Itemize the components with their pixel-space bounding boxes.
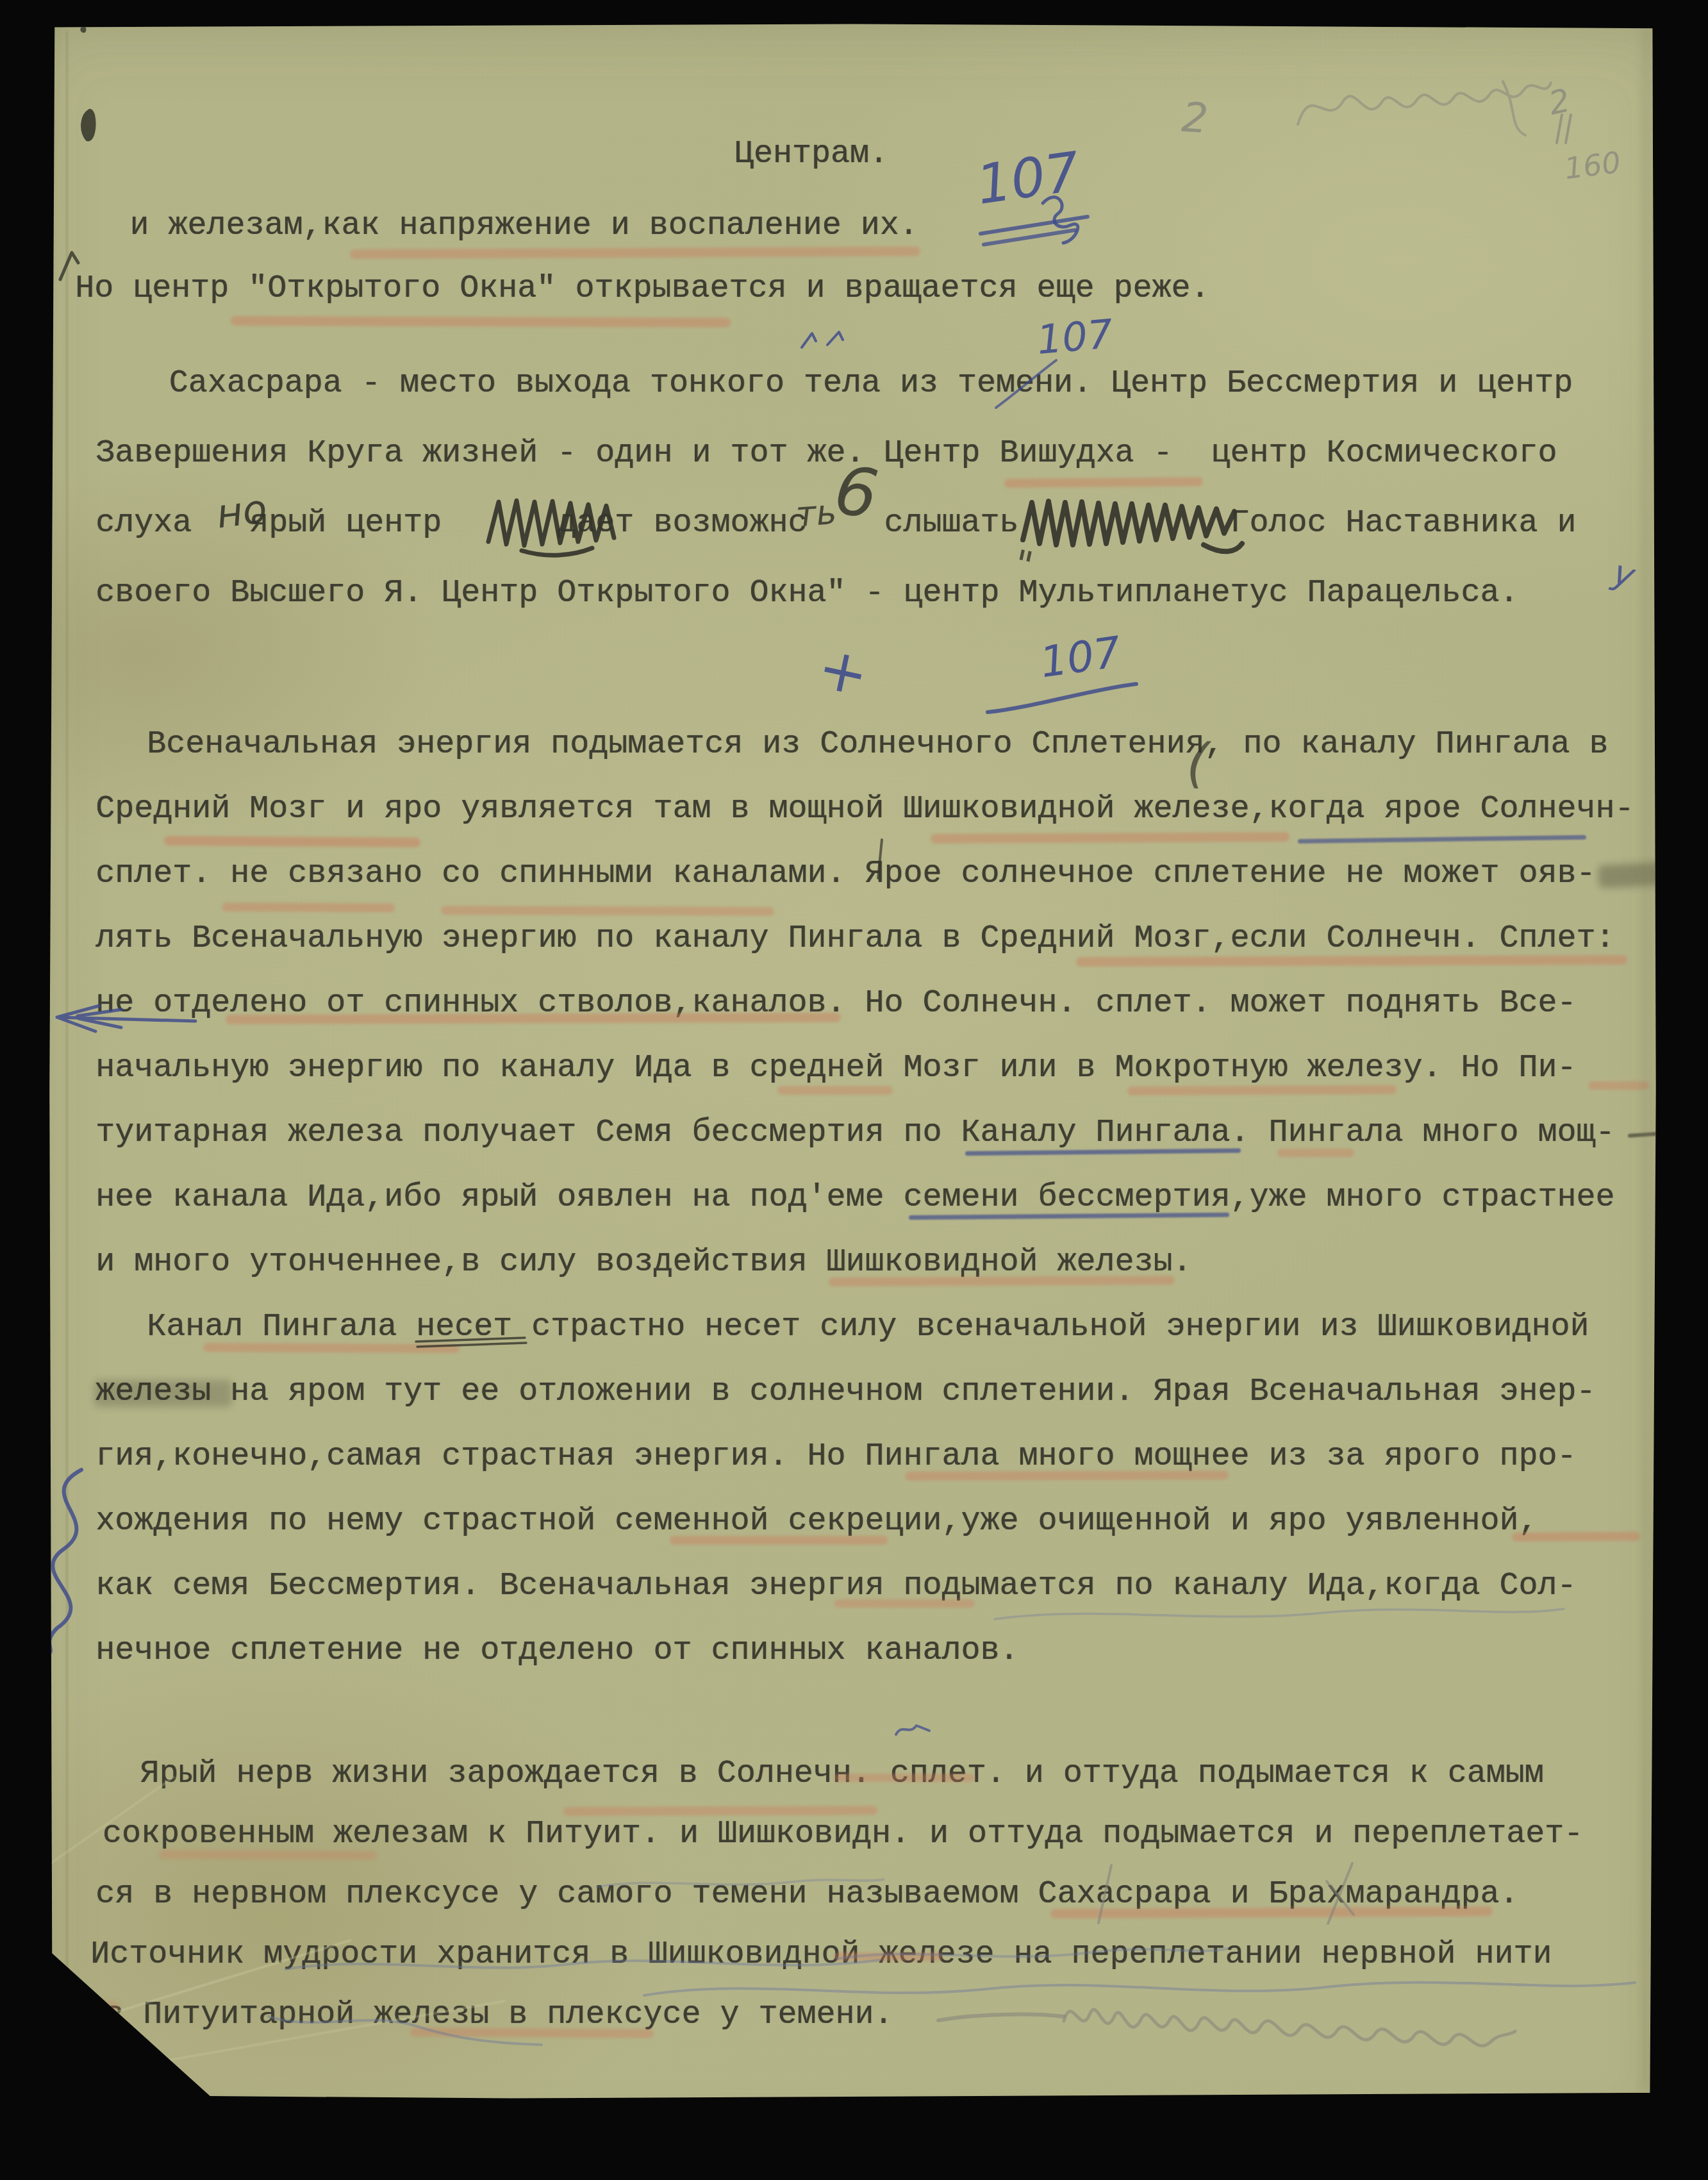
title-line: Центрам. xyxy=(734,137,888,172)
p3-l13: хождения по нему страстной семенной секр… xyxy=(95,1504,1538,1539)
line-open-window: Но центр "Открытого Окна" открывается и … xyxy=(75,271,1209,306)
p3-l11: железы на яром тут ее отложении в солнеч… xyxy=(95,1374,1595,1410)
blue-arrow-margin xyxy=(49,999,200,1040)
blue-flourish-margin xyxy=(17,1465,117,1657)
blue-ticks-p2 xyxy=(799,328,879,355)
blue-107-tail xyxy=(991,356,1061,411)
blue-note-107-p3: 107 xyxy=(1038,631,1123,685)
p3-l12: гия,конечно,самая страстная энергия. Но … xyxy=(95,1439,1576,1474)
blue-tick-solnechn xyxy=(893,1719,934,1740)
p4-l2: сокровенным железам к Питуит. и Шишковид… xyxy=(103,1817,1583,1852)
pencil-script-sahasrara xyxy=(1059,1975,1520,2061)
red-frag-p4l1 xyxy=(834,1774,975,1782)
hand-paren: ( xyxy=(1185,735,1210,790)
ink-blob-topleft xyxy=(75,107,102,144)
hand-correction-no: но xyxy=(215,488,269,534)
pencil-note-160: 160 xyxy=(1563,147,1623,183)
blue-sr-flourish xyxy=(1035,184,1096,245)
red-underline-esli-solnechn xyxy=(1076,955,1627,967)
p2-l4: своего Высшего Я. Центр Открытого Окна" … xyxy=(95,576,1518,611)
red-underline-svyazano xyxy=(441,906,774,916)
p3-l2: Средний Мозг и яро уявляется там в мощно… xyxy=(95,792,1634,827)
hand-u-tick: у xyxy=(1610,555,1639,594)
pencil-dash-bottom xyxy=(936,2009,1067,2026)
smudge-zhelezy xyxy=(94,1380,232,1407)
red-frag-p4l2 xyxy=(159,1850,377,1860)
red-underline-sredny-mozg xyxy=(164,836,420,847)
blue-underline-kogda-yaroe xyxy=(1298,835,1586,844)
ink-scribble-2 xyxy=(1018,494,1245,561)
blue-wave-bottom-left xyxy=(265,2004,547,2049)
red-underline-zhelezy-l9 xyxy=(828,1276,1174,1286)
p3-l7: туитарная железа получает Семя бессмерти… xyxy=(95,1115,1614,1151)
pencil-note-2-left: 2 xyxy=(1181,97,1209,140)
red-underline-ne-otdeleno xyxy=(226,1013,841,1024)
red-underline-cosmic xyxy=(1004,477,1203,488)
pencil-roman-ii xyxy=(1554,112,1576,146)
red-frag-l13b xyxy=(1511,1531,1639,1541)
p3-l15: нечное сплетение не отделено от спинных … xyxy=(95,1633,1018,1668)
gray-wave-p4l3 xyxy=(593,1870,888,1893)
red-frag-l13a xyxy=(670,1536,888,1545)
p3-l6: начальную энергию по каналу Ида в средне… xyxy=(95,1051,1576,1086)
pencil-scribble-top xyxy=(1291,63,1554,137)
red-frag-l14 xyxy=(834,1599,975,1608)
red-frag-l7 xyxy=(1277,1149,1354,1157)
red-underline-shishkovidnoy xyxy=(931,832,1289,844)
pencil-x-brahmarandra xyxy=(1320,1861,1357,1928)
blue-wave-p4l4-right xyxy=(834,1937,1231,1968)
red-frag-l6a xyxy=(777,1086,893,1095)
paper-fold-line xyxy=(66,31,68,2088)
pencil-slash-sahasrara xyxy=(1093,1863,1115,1927)
blue-107-underline-p3 xyxy=(984,680,1141,715)
ink-scribble-1 xyxy=(483,492,634,559)
document-page: Центрам.и железам,как напряжение и воспа… xyxy=(0,0,1708,2180)
p3-l9: и много утонченнее,в силу воздействия Ши… xyxy=(95,1245,1191,1280)
p3-l8: нее канала Ида,ибо ярый оявлен на под'ем… xyxy=(95,1180,1614,1215)
scan-background: Центрам.и железам,как напряжение и воспа… xyxy=(0,0,1708,2180)
ink-strike-neset xyxy=(413,1334,529,1352)
blue-note-plus: + xyxy=(813,638,874,706)
red-frag-l6b xyxy=(1127,1085,1397,1095)
line-glands: и железам,как напряжение и воспаление их… xyxy=(130,208,918,244)
p2-l1: Сахасрара - место выхода тонкого тела из… xyxy=(169,366,1573,401)
smudge-oyav xyxy=(1598,861,1676,888)
ink-dot-topleft xyxy=(79,25,88,34)
red-underline-p4l1 xyxy=(563,1806,877,1817)
p3-l1: Всеначальная энергия подымается из Солне… xyxy=(147,727,1608,762)
red-underline-splet xyxy=(222,903,395,912)
blue-note-107-p2: 107 xyxy=(1035,314,1114,360)
ink-checkmark-margin xyxy=(56,247,83,283)
red-underline-l12 xyxy=(905,1470,1229,1481)
p3-l4: лять Всеначальную энергию по каналу Пинг… xyxy=(95,921,1614,956)
red-underline-inflammation xyxy=(350,247,920,260)
red-underline-sahasrara xyxy=(1050,1906,1493,1918)
p3-l10: Канал Пингала несет страстно несет силу … xyxy=(147,1310,1589,1345)
red-frag-l6c xyxy=(1588,1081,1649,1090)
ink-bar-yaroe xyxy=(874,838,886,881)
p3-l3: сплет. не связано со спинными каналами. … xyxy=(95,856,1595,892)
paper-right-shadow xyxy=(1641,28,1652,2089)
red-underline-open-window xyxy=(231,316,731,328)
blue-wave-l14 xyxy=(991,1596,1568,1627)
p2-l2: Завершения Круга жизней - один и тот же.… xyxy=(95,436,1557,471)
